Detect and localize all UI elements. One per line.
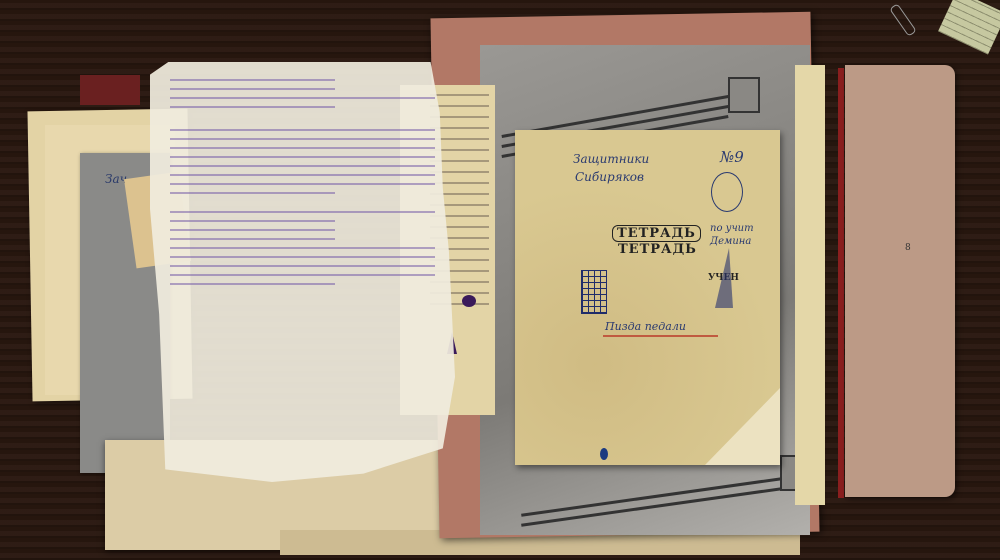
ink-blot [462,295,476,307]
red-spine [838,68,844,498]
ink-drop [600,448,608,460]
notebook-number: №9 [720,148,744,166]
notebook-bottom-text: Пизда педали [605,320,686,333]
cover-stripe [521,476,789,517]
face-sketch [711,172,743,212]
yellowed-edges [795,65,825,505]
pencil-mark: 8 [905,243,911,253]
cover-stripe [521,486,789,527]
red-folder-corner [80,75,140,105]
safety-pin [889,3,917,37]
notebook-title: ТЕТРАДЬ [618,242,697,257]
notebook-title-boxed: ТЕТРАДЬ [612,225,701,242]
folded-corner [705,388,780,465]
cover-emblem [728,77,760,113]
table-card [938,0,1000,55]
notebook-owner-line2: Сибиряков [575,170,644,184]
notebook-teacher: по учит Демина [710,222,754,248]
red-underline [603,335,718,337]
teacher-line1: по учит [710,222,754,235]
pink-cardboard-cover: 8 [845,65,955,497]
notebook-owner-line1: Защитники [573,152,649,166]
tissue-telegram [150,62,455,482]
school-notebook: Защитники Сибиряков №9 ТЕТРАДЬ ТЕТРАДЬ п… [515,130,780,465]
grid-sketch [581,270,607,314]
teacher-line2: Демина [710,235,754,248]
triangle-sketch [715,248,733,308]
